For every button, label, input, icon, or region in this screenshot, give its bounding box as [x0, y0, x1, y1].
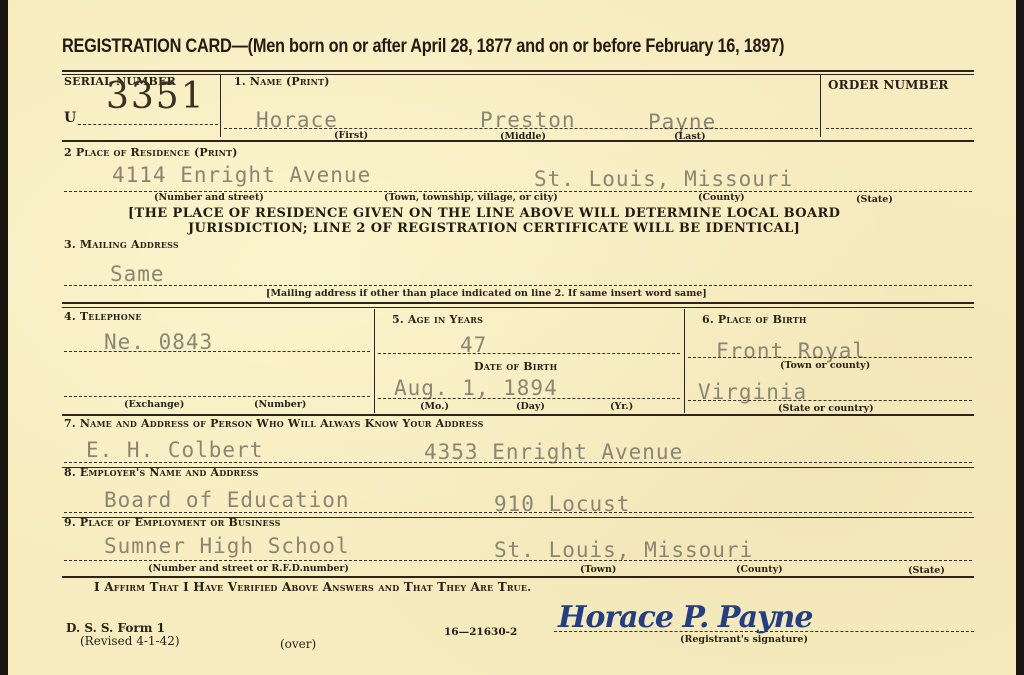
- name-label: 1. Name (Print): [234, 75, 330, 88]
- rule-after-employment: [62, 576, 974, 578]
- telephone-exchange-caption: (Exchange): [124, 399, 184, 410]
- employment-street-caption: (Number and street or R.F.D.number): [148, 563, 349, 574]
- residence-street: 4114 Enright Avenue: [112, 163, 371, 187]
- contact-address: 4353 Enright Avenue: [424, 440, 683, 464]
- registration-card: REGISTRATION CARD—(Men born on or after …: [8, 0, 1016, 675]
- employment-place-label: 9. Place of Employment or Business: [64, 516, 281, 529]
- dob-line: [378, 398, 680, 399]
- print-code: 16—21630-2: [444, 626, 517, 638]
- over-indicator: (over): [280, 637, 316, 651]
- telephone-line-1: [64, 351, 370, 352]
- residence-city: St. Louis, Missouri: [534, 167, 793, 191]
- employment-town-caption: (Town): [580, 564, 616, 575]
- birthplace-town-caption: (Town or county): [780, 360, 870, 371]
- order-number-line: [826, 128, 972, 129]
- contact-line: [64, 462, 972, 463]
- telephone-line-2: [64, 396, 370, 397]
- birthplace-state-line: [688, 400, 972, 401]
- serial-line: [78, 124, 218, 125]
- dob-year-caption: (Yr.): [610, 401, 633, 412]
- order-number-label: ORDER NUMBER: [828, 78, 949, 92]
- order-divider: [820, 75, 821, 137]
- form-name: D. S. S. Form 1: [66, 621, 165, 635]
- mailing-address-caption: [Mailing address if other than place ind…: [266, 288, 707, 299]
- employer-line: [64, 512, 972, 513]
- birthplace-town-line: [688, 357, 972, 358]
- employment-state-caption: (State): [908, 565, 945, 576]
- residence-label: 2 Place of Residence (Print): [64, 146, 238, 159]
- dob-value: Aug. 1, 1894: [394, 376, 558, 400]
- employer-name: Board of Education: [104, 488, 350, 512]
- contact-label: 7. Name and Address of Person Who Will A…: [64, 417, 484, 430]
- rule-after-birth: [62, 414, 974, 416]
- residence-county-caption: (County): [698, 192, 745, 203]
- age-label: 5. Age in Years: [392, 313, 483, 326]
- dob-label: Date of Birth: [474, 360, 557, 373]
- serial-prefix: U: [64, 110, 76, 126]
- employer-label: 8. Employer's Name and Address: [64, 466, 258, 479]
- residence-street-caption: (Number and street): [154, 192, 264, 203]
- age-line: [378, 353, 680, 354]
- telephone-number-caption: (Number): [254, 399, 306, 410]
- serial-number-value: 3351: [106, 76, 206, 117]
- employment-place-street: Sumner High School: [104, 534, 350, 558]
- registrant-signature: Horace P. Payne: [558, 600, 812, 635]
- age-divider: [684, 309, 685, 413]
- contact-name: E. H. Colbert: [86, 438, 263, 462]
- employment-place-city: St. Louis, Missouri: [494, 538, 753, 562]
- telephone-divider: [374, 309, 375, 413]
- dob-day-caption: (Day): [516, 401, 545, 412]
- residence-notice-line1: [THE PLACE OF RESIDENCE GIVEN ON THE LIN…: [128, 206, 840, 221]
- residence-state-caption: (State): [856, 194, 893, 205]
- birthplace-label: 6. Place of Birth: [702, 313, 807, 326]
- dob-month-caption: (Mo.): [420, 401, 449, 412]
- rule-after-mailing-thin: [62, 307, 974, 308]
- rule-after-mailing: [62, 302, 974, 304]
- birthplace-state-caption: (State or country): [778, 403, 874, 414]
- card-title: REGISTRATION CARD—(Men born on or after …: [62, 36, 784, 58]
- rule-after-name: [62, 140, 974, 142]
- mailing-address-label: 3. Mailing Address: [64, 238, 179, 251]
- signature-caption: (Registrant's signature): [680, 634, 808, 645]
- name-line: [224, 128, 818, 129]
- serial-divider: [220, 75, 221, 137]
- employment-county-caption: (County): [736, 564, 783, 575]
- residence-town-caption: (Town, township, village, or city): [384, 192, 558, 203]
- mailing-address-value: Same: [110, 262, 165, 286]
- mailing-address-line: [64, 285, 972, 286]
- top-rule-thin: [62, 74, 974, 75]
- telephone-label: 4. Telephone: [64, 310, 142, 323]
- residence-notice-line2: JURISDICTION; LINE 2 OF REGISTRATION CER…: [188, 221, 800, 236]
- top-rule: [62, 70, 974, 72]
- affirmation-text: I Affirm That I Have Verified Above Answ…: [94, 580, 532, 594]
- employment-place-line: [64, 560, 972, 561]
- form-revised: (Revised 4-1-42): [80, 634, 180, 648]
- signature-line: [554, 631, 974, 632]
